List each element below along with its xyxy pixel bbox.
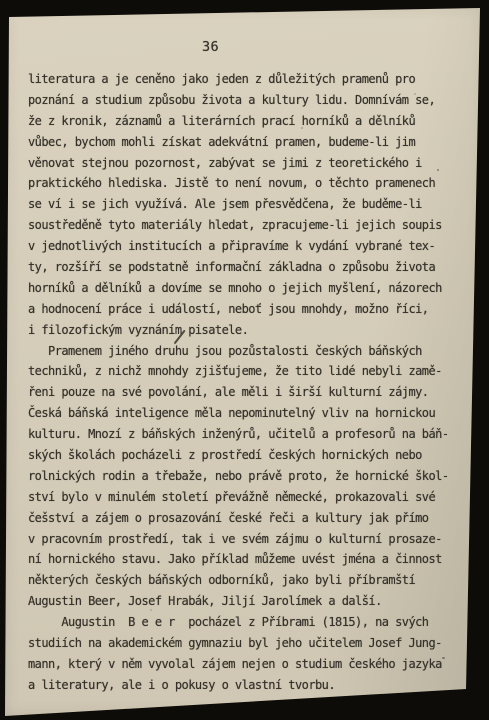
text-line: techniků, z nichž mnohdy zjišťujeme, že … [28,361,449,382]
scanned-page: 36 literatura a je ceněno jako jeden z d… [0,0,489,720]
text-line: literatura a je ceněno jako jeden z důle… [28,69,449,90]
text-line: studiích na akademickém gymnaziu byl jeh… [28,633,449,654]
text-line: Augustin B e e r pocházel z Příbrami (18… [28,612,449,633]
text-line: ní hornického stavu. Jako příklad můžeme… [28,549,449,570]
page-text: literatura a je ceněno jako jeden z důle… [28,69,449,696]
scan-speck [414,93,416,95]
text-line: a hodnocení práce i událostí, neboť jsou… [28,299,449,320]
text-line: že z kronik, záznamů a literárních prací… [28,111,449,132]
scan-speck [301,127,303,129]
text-line: vůbec, bychom mohli získat adekvátní pra… [28,132,449,153]
text-line: češství a zájem o prosazování české řeči… [28,508,449,529]
scan-speck [437,169,439,171]
scan-speck [58,521,60,523]
text-line: poznání a studium způsobu života a kultu… [28,90,449,111]
text-line: horníků a dělníků a dovíme se mnoho o je… [28,278,449,299]
text-line: soustředěně tyto materiály hledat, zprac… [28,215,449,236]
text-line: ty, rozšíří se podstatně informační zákl… [28,257,449,278]
page-number: 36 [202,39,219,55]
text-line: mann, který v něm vyvolal zájem nejen o … [28,654,449,675]
text-line: v pracovním prostředí, tak i ve svém záj… [28,529,449,550]
text-line: i filozofickým vyznáním pisatele. [28,320,449,341]
text-line: Augustin Beer, Josef Hrabák, Jiljí Jarol… [28,591,449,612]
text-line: Pramenem jiného druhu jsou pozůstalosti … [28,341,449,362]
text-line: v jednotlivých institucích a připravíme … [28,236,449,257]
text-line: se ví i se jich využívá. Ale jsem přesvě… [28,194,449,215]
text-line: věnovat stejnou pozornost, zabývat se ji… [28,153,449,174]
text-line: řeni pouze na své povolání, ale měli i š… [28,382,449,403]
text-line: ství bylo v minulém století převážně něm… [28,487,449,508]
text-line: Česká báňská inteligence měla nepominute… [28,403,449,424]
scan-speck [442,657,445,659]
scan-background: { "page": { "number": "36", "lines": [ "… [0,0,489,720]
text-line: praktického hlediska. Jistě to není novu… [28,173,449,194]
scan-speck [150,609,152,611]
text-line: kulturu. Mnozí z báňských inženýrů, učit… [28,424,449,445]
text-line: rolnických rodin a třebaže, nebo právě p… [28,466,449,487]
text-line: a literatury, ale i o pokusy o vlastní t… [28,675,449,696]
text-line: ských školách pocházeli z prostředí česk… [28,445,449,466]
text-line: některých českých báňských odborníků, ja… [28,570,449,591]
paper-sheet: 36 literatura a je ceněno jako jeden z d… [0,0,489,720]
